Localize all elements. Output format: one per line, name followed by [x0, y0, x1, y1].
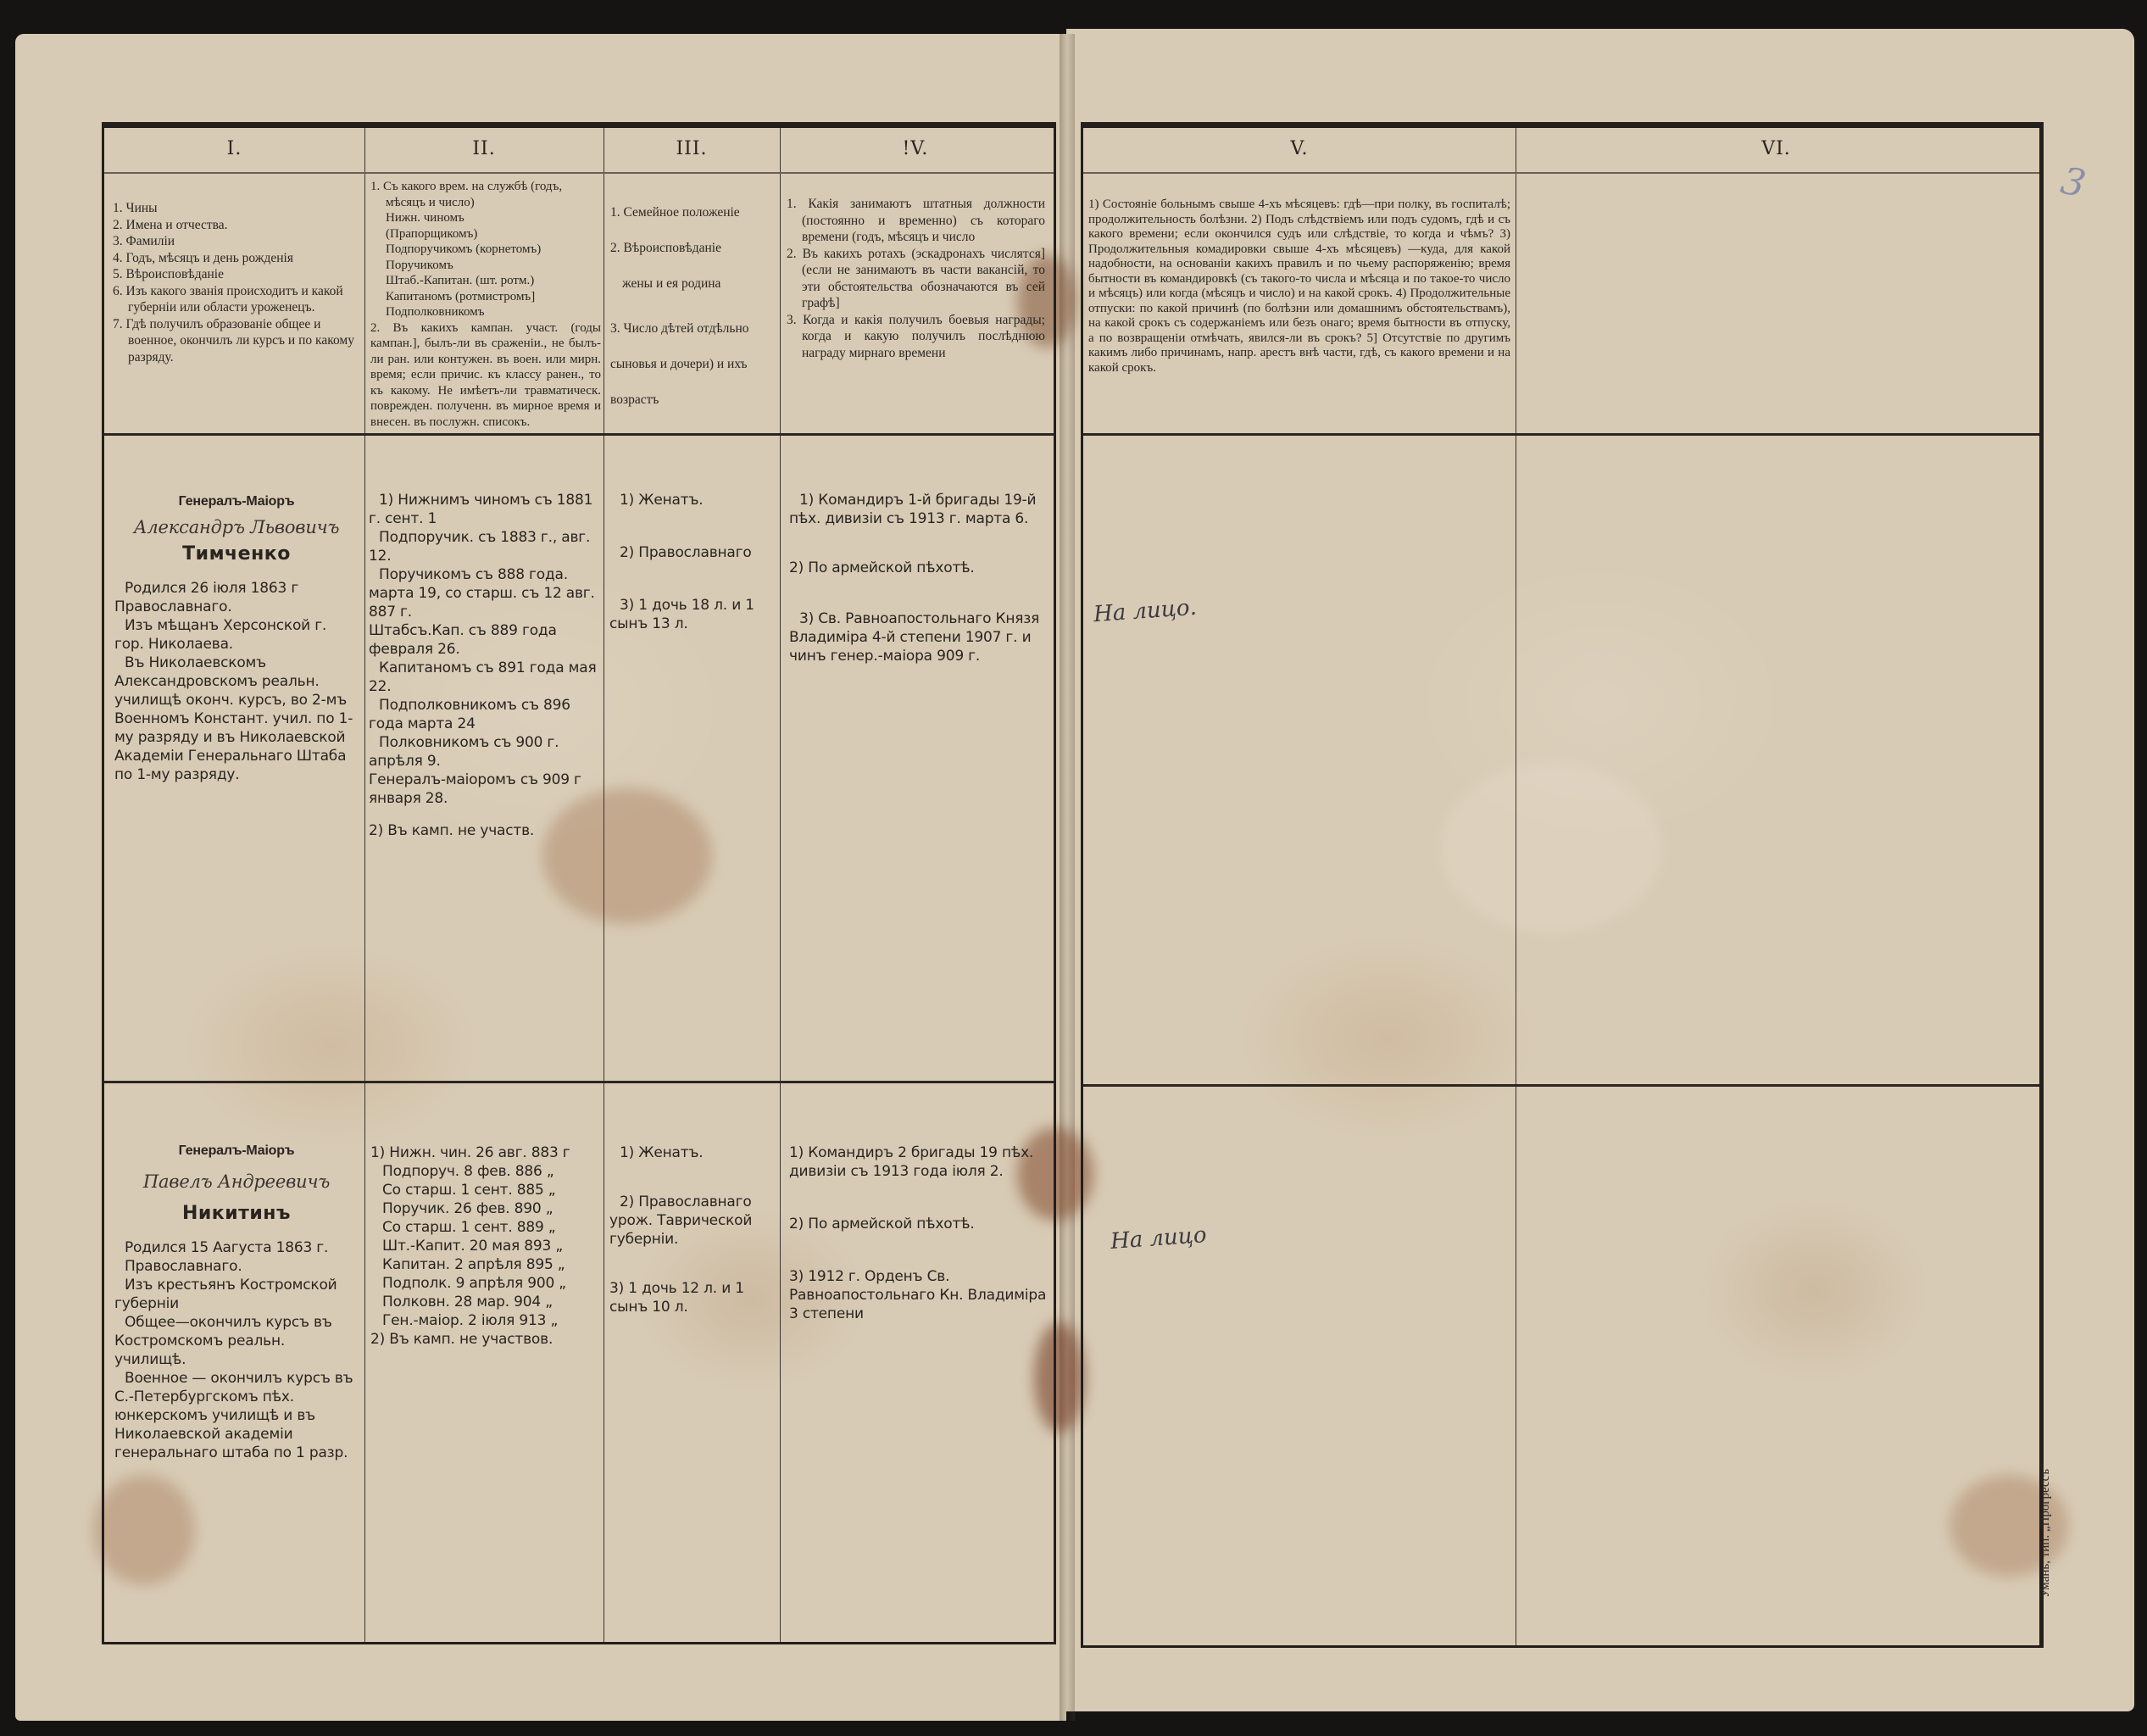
- column-header-V: V.: [1083, 128, 1516, 172]
- column-header-VI: VI.: [1516, 128, 2037, 172]
- service-line: Поручикомъ съ 888 года. марта 19, со ста…: [369, 565, 599, 621]
- service-line: 2) Въ камп. не участвов.: [369, 1330, 599, 1349]
- right-table: V. VI. 1) Состояніе больнымъ свыше 4-хъ …: [1081, 122, 2044, 1648]
- service-line: 1) Нижн. чин. 26 авг. 883 г: [369, 1143, 599, 1162]
- post-line: 3) Св. Равноапостольнаго Князя Владиміра…: [789, 609, 1048, 665]
- record-1-surname: Тимченко: [114, 545, 359, 564]
- desc-line: 5. Вѣроисповѣданіе: [113, 266, 359, 283]
- column-II-description: 1. Съ какого врем. на службѣ (годъ, мѣся…: [370, 179, 601, 430]
- printer-mark: Умань, тип. „Прогрессъ“: [2039, 1463, 2053, 1598]
- desc-line: Поручикомъ: [370, 258, 601, 274]
- record-2-education-military: Военное — окончилъ курсъ въ С.-Петербург…: [114, 1369, 359, 1462]
- column-I-description: 1. Чины 2. Имена и отчества. 3. Фамиліи …: [113, 200, 359, 365]
- column-V-description: 1) Состояніе больнымъ свыше 4-хъ мѣсяцев…: [1088, 198, 1510, 376]
- family-line: 1) Женатъ.: [609, 491, 776, 509]
- desc-line: (Прапорщикомъ): [370, 226, 601, 242]
- desc-line: 2. Въ какихъ ротахъ (эскадронахъ числятс…: [787, 246, 1045, 312]
- desc-line: Подпоручикомъ (корнетомъ): [370, 242, 601, 258]
- desc-line: 1. Какія занимаютъ штатныя должности (по…: [787, 196, 1045, 246]
- family-line: 1) Женатъ.: [609, 1143, 776, 1162]
- family-line: 3) 1 дочь 12 л. и 1 сынъ 10 л.: [609, 1279, 776, 1316]
- service-line: Со старш. 1 сент. 885 „: [369, 1181, 599, 1199]
- desc-line: 4. Годъ, мѣсяцъ и день рожденія: [113, 250, 359, 267]
- service-line: Поручик. 26 фев. 890 „: [369, 1199, 599, 1218]
- service-line: Ген.-маіор. 2 іюля 913 „: [369, 1311, 599, 1330]
- family-line: 3) 1 дочь 18 л. и 1 сынъ 13 л.: [609, 596, 776, 633]
- desc-line: 1. Семейное положеніе: [610, 204, 776, 221]
- desc-line: 3. Когда и какія получилъ боевыя награды…: [787, 312, 1045, 362]
- desc-line: 2. Въ какихъ кампан. участ. (годы кампан…: [370, 320, 601, 431]
- record-1-birth: Родился 26 іюля 1863 г: [114, 579, 359, 598]
- desc-line: 3. Число дѣтей отдѣльно сыновья и дочери…: [610, 311, 776, 418]
- column-header-II: II.: [364, 128, 603, 172]
- service-line: Капитан. 2 апрѣля 895 „: [369, 1255, 599, 1274]
- desc-line: жены и ея родина: [610, 275, 776, 292]
- record-1-posts: 1) Командиръ 1-й бригады 19-й пѣх. дивиз…: [789, 491, 1048, 665]
- desc-line: 1. Съ какого врем. на службѣ (годъ, мѣся…: [370, 179, 601, 210]
- service-line: Подполк. 9 апрѣля 900 „: [369, 1274, 599, 1293]
- record-2-identity: Генералъ-Маіоръ Павелъ Андреевичъ Никити…: [114, 1142, 359, 1462]
- record-2-family: 1) Женатъ. 2) Православнаго урож. Таврич…: [609, 1143, 776, 1316]
- desc-text: 1) Состояніе больнымъ свыше 4-хъ мѣсяцев…: [1088, 198, 1510, 376]
- post-line: 2) По армейской пѣхотѣ.: [789, 1215, 1048, 1233]
- record-2-surname: Никитинъ: [114, 1205, 359, 1223]
- record-2-rank: Генералъ-Маіоръ: [114, 1142, 359, 1160]
- record-1-education: Въ Николаевскомъ Александровскомъ реальн…: [114, 654, 359, 784]
- column-III-description: 1. Семейное положеніе 2. Вѣроисповѣданіе…: [610, 204, 776, 418]
- record-2-birth: Родился 15 Аагуста 1863 г.: [114, 1238, 359, 1257]
- desc-line: Капитаномъ (ротмистромъ]: [370, 289, 601, 305]
- column-header-III: III.: [603, 128, 780, 172]
- column-header-I: I.: [104, 128, 364, 172]
- record-2-origin: Изъ крестьянъ Костромской губерніи: [114, 1276, 359, 1313]
- desc-line: Штаб.-Капитан. (шт. ротм.): [370, 273, 601, 289]
- record-2-posts: 1) Командиръ 2 бригады 19 пѣх. дивизіи с…: [789, 1143, 1048, 1323]
- column-header-IV: !V.: [780, 128, 1051, 172]
- family-line: 2) Православнаго: [609, 543, 776, 562]
- record-1-family: 1) Женатъ. 2) Православнаго 3) 1 дочь 18…: [609, 491, 776, 633]
- record-1-given-names: Александръ Львовичъ: [114, 518, 359, 537]
- desc-line: Нижн. чиномъ: [370, 210, 601, 226]
- service-line: Подпоруч. 8 фев. 886 „: [369, 1162, 599, 1181]
- left-table: I. II. III. !V. 1. Чины 2. Имена и отчес…: [102, 122, 1056, 1644]
- record-2-service: 1) Нижн. чин. 26 авг. 883 г Подпоруч. 8 …: [369, 1143, 599, 1349]
- desc-line: 3. Фамиліи: [113, 233, 359, 250]
- record-2-given-names: Павелъ Андреевичъ: [114, 1172, 359, 1191]
- service-line: Капитаномъ съ 891 года мая 22.: [369, 659, 599, 696]
- record-1-service: 1) Нижнимъ чиномъ съ 1881 г. сент. 1 Под…: [369, 491, 599, 840]
- service-line: Подпоручик. съ 1883 г., авг. 12.: [369, 528, 599, 565]
- service-line: Шт.-Капит. 20 мая 893 „: [369, 1237, 599, 1255]
- service-line: 2) Въ камп. не участв.: [369, 821, 599, 840]
- post-line: 1) Командиръ 2 бригады 19 пѣх. дивизіи с…: [789, 1143, 1048, 1181]
- record-2-religion: Православнаго.: [114, 1257, 359, 1276]
- service-line: Штабсъ.Кап. съ 889 года февраля 26.: [369, 621, 599, 659]
- post-line: 3) 1912 г. Орденъ Св. Равноапостольнаго …: [789, 1267, 1048, 1323]
- desc-line: 7. Гдѣ получилъ образованіе общее и воен…: [113, 316, 359, 366]
- desc-line: 6. Изъ какого званія происходитъ и какой…: [113, 283, 359, 316]
- post-line: 1) Командиръ 1-й бригады 19-й пѣх. дивиз…: [789, 491, 1048, 528]
- service-line: Генералъ-маіоромъ съ 909 г января 28.: [369, 771, 599, 808]
- service-line: 1) Нижнимъ чиномъ съ 1881 г. сент. 1: [369, 491, 599, 528]
- record-1-rank: Генералъ-Маіоръ: [114, 492, 359, 511]
- service-line: Со старш. 1 сент. 889 „: [369, 1218, 599, 1237]
- record-2-education-general: Общее—окончилъ курсъ въ Костромскомъ реа…: [114, 1313, 359, 1369]
- post-line: 2) По армейской пѣхотѣ.: [789, 559, 1048, 577]
- desc-line: 2. Имена и отчества.: [113, 217, 359, 234]
- service-line: Полковникомъ съ 900 г. апрѣля 9.: [369, 733, 599, 771]
- record-1-religion: Православнаго.: [114, 598, 359, 616]
- record-1-identity: Генералъ-Маіоръ Александръ Львовичъ Тимч…: [114, 492, 359, 784]
- family-line: 2) Православнаго урож. Таврической губер…: [609, 1193, 776, 1249]
- column-IV-description: 1. Какія занимаютъ штатныя должности (по…: [787, 196, 1045, 361]
- record-1-origin: Изъ мѣщанъ Херсонской г. гор. Николаева.: [114, 616, 359, 654]
- service-line: Полковн. 28 мар. 904 „: [369, 1293, 599, 1311]
- desc-line: 1. Чины: [113, 200, 359, 217]
- desc-line: Подполковникомъ: [370, 304, 601, 320]
- service-line: Подполковникомъ съ 896 года марта 24: [369, 696, 599, 733]
- desc-line: 2. Вѣроисповѣданіе: [610, 240, 776, 257]
